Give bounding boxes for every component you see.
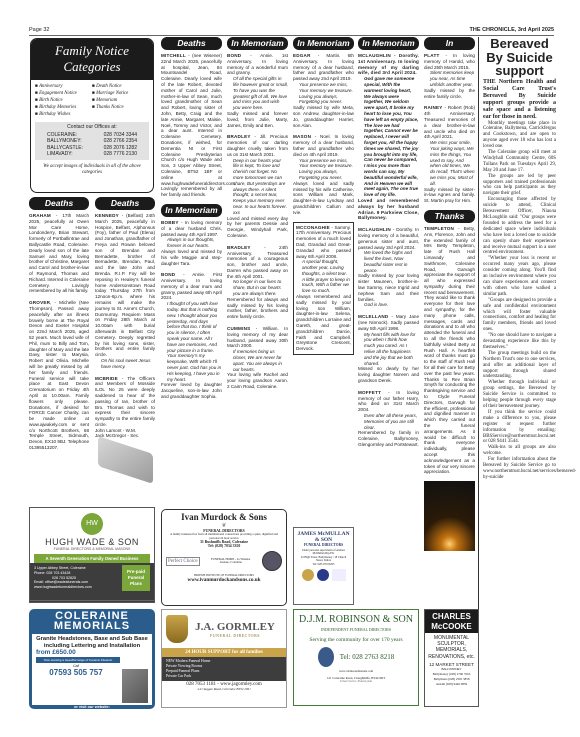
notice-bond-2: BOND - Annie. 1st Anniversary. In loving… — [227, 53, 288, 128]
notice-templeton: TEMPLETON - Betty, Ann, Florence, John a… — [424, 226, 475, 475]
category-item: Anniversary — [35, 83, 92, 90]
article-paragraph: If you think the service could make a di… — [483, 410, 556, 445]
article-lead: THE Northern Health and Social Care Trus… — [483, 79, 556, 121]
article-paragraph: "Whether your loss is recent or occurred… — [483, 256, 556, 297]
page-number: Page 32 — [29, 27, 50, 33]
notice-graham: GRAHAM - 17th March 2025, peacefully at … — [29, 213, 89, 294]
section-header-in-memoriam: In Memoriam — [161, 204, 222, 217]
crest-icon — [302, 569, 314, 581]
notice-mcconaghie: MCCONAGHIE - Sammy. 17th Anniversary. Pr… — [293, 222, 354, 356]
article-paragraph: The Coleraine group will meet at Windyha… — [483, 150, 556, 174]
categories-title: Family Notice Categories — [31, 39, 153, 80]
notice-platt: PLATT - In loving memory of Harold, who … — [424, 53, 475, 99]
categories-box: Family Notice Categories Anniversary Dea… — [30, 38, 154, 193]
selected-badge-icon — [332, 569, 346, 581]
category-item: Engagement Notice — [35, 90, 92, 97]
article-paragraph: "No one should have to navigate a devast… — [483, 333, 556, 351]
notice-rainey: RAINEY - Robert (Rob) 4th Anniversary. T… — [424, 105, 475, 204]
article-paragraph: "Groups are designed to provide a safe a… — [483, 298, 556, 333]
category-item: Birthday Memories — [35, 104, 92, 111]
section-header-thanks: Thanks — [424, 210, 475, 223]
article-paragraph: Walk-ins to all groups are also welcome. — [483, 445, 556, 457]
section-header-deaths: Deaths — [29, 197, 89, 210]
notice-kennedy: KENNEDY - (Belfast) 24th March 2025, pea… — [95, 213, 155, 370]
section-header-in-memoriam: In Memoriam — [424, 37, 475, 50]
hugh-wade-logo: HW — [81, 513, 103, 535]
contact-offices: Contact our Offices at: COLERAINE:028 70… — [35, 122, 149, 160]
ad-ja-gormley: J.A. GORMLEY FUNERAL DIRECTORS 24 HOUR S… — [161, 609, 287, 708]
memoriam-column-2: In Memoriam EDGAR - Martin. 6th Annivers… — [293, 37, 354, 361]
article-paragraph: Monthly meetings take place in Coleraine… — [483, 121, 556, 151]
ad-ivan-murdock: Ivan Murdock & Sons ❦ FUNERAL DIRECTORS … — [161, 509, 287, 606]
notice-bradley-1: BRADLEY - Jill. Precious memories of our… — [227, 134, 288, 238]
section-header-deaths: Deaths — [161, 37, 222, 50]
deaths-column-2: Deaths MITCHELL - (nee Wisener) 22nd Mar… — [161, 37, 222, 406]
notice-grover: GROVER, - Michelle (Nee Thompson). Passe… — [29, 300, 89, 451]
ad-charles-mccooke: CHARLES McCOOKE MONUMENTAL SCULPTOR, MEM… — [424, 609, 479, 707]
notice-moffett: MOFFETT - In loving memory of our father… — [358, 390, 419, 448]
section-header-in-memoriam: In Memoriam — [358, 37, 419, 50]
notice-mcbride: MCBRIDE - The Officers and Members of Mo… — [95, 376, 155, 440]
category-item: Death Notice — [92, 83, 149, 90]
gormley-crest-icon — [166, 615, 188, 643]
article-paragraph: Whether through individual or group sett… — [483, 380, 556, 410]
article-headline: Bereaved By Suicide support — [483, 37, 556, 78]
article-paragraph: Encouraging those affected by suicide to… — [483, 197, 556, 256]
crest-icon — [317, 569, 329, 581]
bifd-crest-icon — [262, 551, 282, 571]
notice-cummins: CUMMINS - William. In loving memory of m… — [227, 326, 288, 390]
category-item: Birthday Wishes — [35, 111, 92, 118]
section-header-deaths: Deaths — [95, 197, 155, 210]
memoriam-column-1: In Memoriam BOND - Annie. 1st Anniversar… — [227, 37, 288, 396]
category-item: Thanks Notice — [92, 104, 149, 111]
page-header: Page 32 THE CHRONICLE, 3rd April 2025 — [29, 25, 554, 36]
notice-mclaughlin-1: MCLAUGHLIN - Dorothy. 1st Anniversary. I… — [358, 53, 419, 221]
article-paragraph: For further information about the Bereav… — [483, 457, 556, 481]
deaths-column-1: Deaths GRAHAM - 17th March 2025, peacefu… — [29, 197, 89, 457]
notice-mitchell: MITCHELL - (nee Wisener) 22nd March 2025… — [161, 53, 222, 198]
ad-hugh-wade: HW HUGH WADE & SON FUNERAL DIRECTORS & M… — [29, 507, 155, 603]
notice-mclelland: MCLELLAND - Mary Jane (nee Ninnock). Sad… — [358, 314, 419, 384]
bible-icon — [98, 436, 153, 484]
deaths-column-3: Deaths KENNEDY - (Belfast) 24th March 20… — [95, 197, 155, 475]
article-paragraph: The groups are led by peer supporters an… — [483, 174, 556, 198]
notice-bobby: BOBBY - In loving memory of a dear husba… — [161, 220, 222, 266]
notice-bond-1: BOND - Annie. First Anniversary. In lovi… — [161, 272, 222, 400]
ad-djm-robinson: D.J.M. ROBINSON & SON INDEPENDENT FUNERA… — [293, 609, 419, 706]
headstone-image — [122, 669, 148, 703]
category-item: Marriage Notice — [92, 90, 149, 97]
candle-photo — [424, 481, 475, 551]
category-item: Birth Notice — [35, 97, 92, 104]
notice-mason: MASON - Noel. In loving memory of a dear… — [293, 134, 354, 215]
section-header-in-memoriam: In Memoriam — [227, 37, 288, 50]
article-bereaved-by-suicide: Bereaved By Suicide support THE Northern… — [483, 37, 556, 481]
categories-note: We accept images of individuals in all o… — [31, 162, 153, 178]
notice-edgar: EDGAR - Martin. 6th Anniversary. In lovi… — [293, 53, 354, 128]
notice-mclaughlin-2: MCLAUGHLIN - Dorothy. In loving memory o… — [358, 227, 419, 308]
ad-james-mcmullan: JAMES McMULLAN & SON FUNERAL DIRECTORS U… — [293, 527, 354, 605]
article-paragraph: The group meetings build on the Northern… — [483, 351, 556, 381]
crest-icon — [318, 647, 334, 667]
perfect-choice-badge: Perfect Choice — [166, 557, 200, 566]
memoriam-column-3: In Memoriam MCLAUGHLIN - Dorothy. 1st An… — [358, 37, 419, 454]
notice-bradley-2: BRADLEY - 24th Anniversary. Treasured me… — [227, 245, 288, 320]
category-item: Memoriam — [92, 97, 149, 104]
ad-coleraine-memorials: COLERAINE MEMORIALS Granite Headstones, … — [29, 609, 155, 709]
murdock-website-link[interactable]: www.ivanmurdockandsons.co.uk — [162, 577, 286, 583]
masthead: THE CHRONICLE, 3rd April 2025 — [470, 27, 554, 33]
section-header-in-memoriam: In Memoriam — [293, 37, 354, 50]
column-rule — [478, 37, 479, 682]
category-list: Anniversary Death Notice Engagement Noti… — [31, 80, 153, 120]
office-row: LIMAVADY:028 7776 2130 — [41, 151, 143, 158]
memoriam-column-4: In Memoriam PLATT - In loving memory of … — [424, 37, 475, 551]
